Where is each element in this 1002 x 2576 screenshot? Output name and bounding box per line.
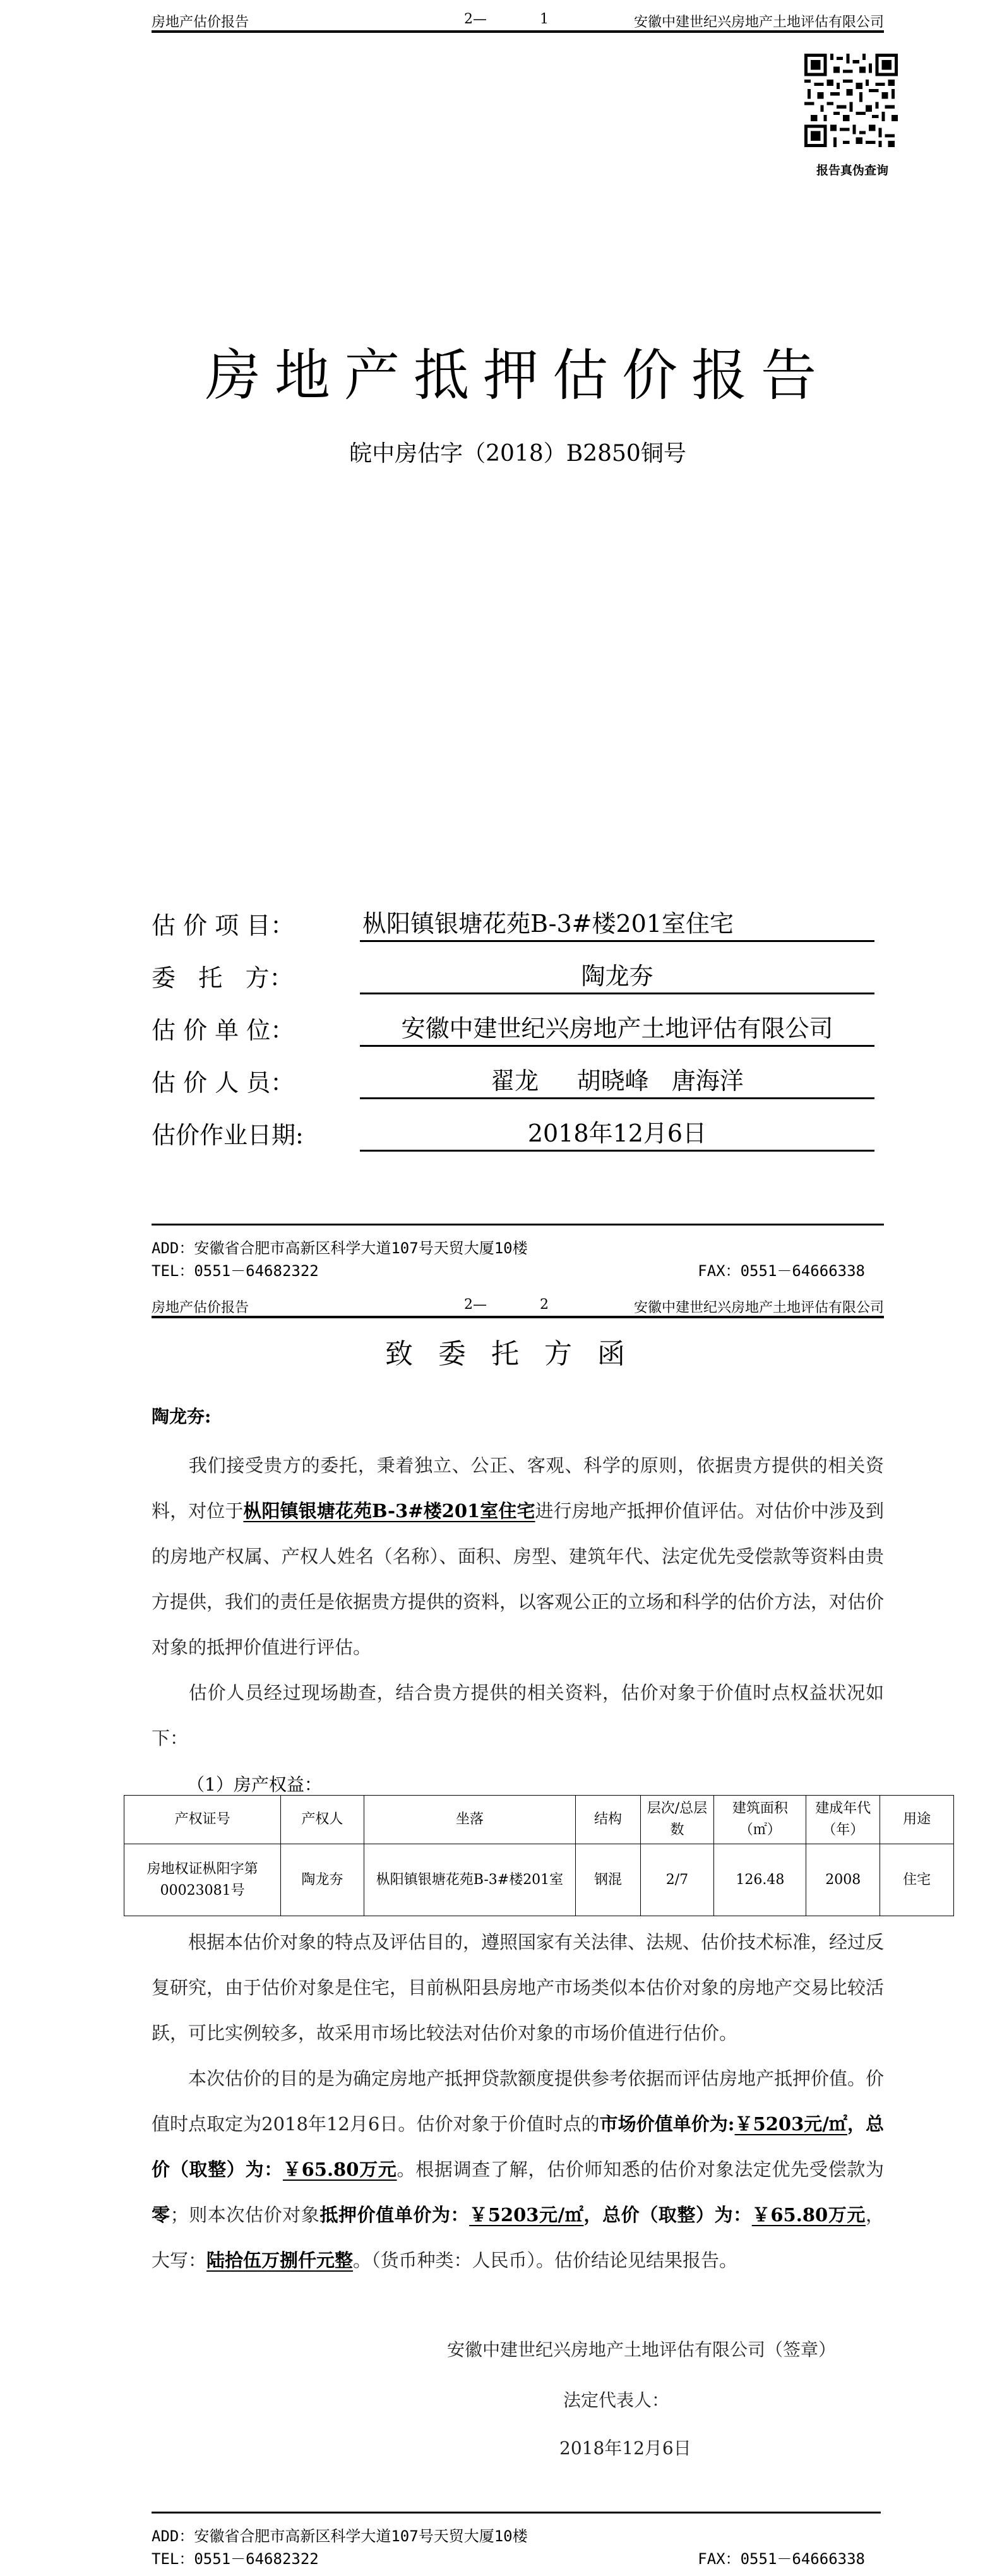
salutation: 陶龙夯: bbox=[152, 1403, 211, 1428]
table-row: 房地权证枞阳字第00023081号 陶龙夯 枞阳镇银塘花苑B-3#楼201室 钢… bbox=[124, 1844, 954, 1916]
field-client: 委 托 方： 陶龙夯 bbox=[152, 962, 884, 999]
signature-company: 安徽中建世纪兴房地产土地评估有限公司（签章） bbox=[447, 2336, 836, 2361]
footer-divider bbox=[152, 2512, 881, 2513]
col-header: 产权人 bbox=[281, 1796, 364, 1844]
field-value: 2018年12月6日 bbox=[360, 1114, 874, 1152]
footer-fax: FAX：0551－64666338 bbox=[698, 1258, 865, 1280]
qr-label: 报告真伪查询 bbox=[802, 161, 903, 178]
paragraph-intro: 我们接受贵方的委托，秉着独立、公正、客观、科学的原则，依据贵方提供的相关资料，对… bbox=[152, 1443, 884, 1670]
footer-fax: FAX：0551－64666338 bbox=[698, 2546, 865, 2568]
paragraph-conclusion: 本次估价的目的是为确定房地产抵押贷款额度提供参考依据而评估房地产抵押价值。价值时… bbox=[152, 2056, 884, 2283]
header-page-prefix: 2— bbox=[464, 1297, 487, 1313]
cell-cert-no: 房地权证枞阳字第00023081号 bbox=[124, 1844, 281, 1916]
field-value: 枞阳镇银塘花苑B-3#楼201室住宅 bbox=[360, 904, 874, 942]
section-subhead: （1）房产权益： bbox=[187, 1771, 322, 1796]
header-company: 安徽中建世纪兴房地产土地评估有限公司 bbox=[634, 1297, 884, 1316]
mortgage-total-price: ￥65.80万元 bbox=[752, 2204, 866, 2226]
header-doc-type: 房地产估价报告 bbox=[152, 11, 249, 31]
col-header: 结构 bbox=[576, 1796, 640, 1844]
field-appraisers: 估 价 人 员： 翟龙 胡晓峰 唐海洋 bbox=[152, 1066, 884, 1104]
cell-area: 126.48 bbox=[714, 1844, 806, 1916]
field-value: 翟龙 胡晓峰 唐海洋 bbox=[360, 1061, 874, 1099]
field-appraiser-unit: 估 价 单 位： 安徽中建世纪兴房地产土地评估有限公司 bbox=[152, 1014, 884, 1052]
letter-title: 致委托方函 bbox=[152, 1331, 884, 1371]
col-header: 坐落 bbox=[364, 1796, 576, 1844]
mortgage-unit-price: ￥5203元/㎡ bbox=[469, 2204, 583, 2226]
signature-date: 2018年12月6日 bbox=[559, 2435, 691, 2460]
field-work-date: 估价作业日期: 2018年12月6日 bbox=[152, 1119, 884, 1157]
market-total-price: ￥65.80万元 bbox=[283, 2159, 397, 2180]
page-header: 房地产估价报告 2— 2 安徽中建世纪兴房地产土地评估有限公司 bbox=[152, 1288, 884, 1318]
table-header-row: 产权证号 产权人 坐落 结构 层次/总层数 建筑面积（㎡） 建成年代（年） 用途 bbox=[124, 1796, 954, 1844]
report-number: 皖中房估字（2018）B2850铜号 bbox=[152, 436, 884, 468]
page-header: 房地产估价报告 2— 1 安徽中建世纪兴房地产土地评估有限公司 bbox=[152, 3, 884, 33]
cell-year: 2008 bbox=[806, 1844, 880, 1916]
page-footer-contact: ADD：安徽省合肥市高新区科学大道107号天贸大厦10楼 TEL：0551－64… bbox=[152, 1224, 884, 1281]
report-title: 房地产抵押估价报告 bbox=[152, 331, 884, 411]
field-project: 估 价 项 目： 枞阳镇银塘花苑B-3#楼201室住宅 bbox=[152, 909, 884, 947]
header-page-number: 1 bbox=[540, 11, 549, 27]
property-rights-table: 产权证号 产权人 坐落 结构 层次/总层数 建筑面积（㎡） 建成年代（年） 用途… bbox=[124, 1795, 954, 1916]
footer-address: ADD：安徽省合肥市高新区科学大道107号天贸大厦10楼 bbox=[152, 2527, 528, 2545]
cell-structure: 钢混 bbox=[576, 1844, 640, 1916]
col-header: 建筑面积（㎡） bbox=[714, 1796, 806, 1844]
signature-legal-rep: 法定代表人： bbox=[563, 2387, 669, 2412]
col-header: 层次/总层数 bbox=[640, 1796, 714, 1844]
qr-code-icon[interactable] bbox=[804, 54, 898, 147]
header-page-number: 2 bbox=[540, 1297, 549, 1313]
cell-location: 枞阳镇银塘花苑B-3#楼201室 bbox=[364, 1844, 576, 1916]
field-value: 陶龙夯 bbox=[360, 957, 874, 994]
market-unit-price: ￥5203元/㎡ bbox=[735, 2113, 847, 2135]
paragraph-method: 根据本估价对象的特点及评估目的，遵照国家有关法律、法规、估价技术标准，经过反复研… bbox=[152, 1919, 884, 2056]
header-page-prefix: 2— bbox=[464, 11, 487, 27]
col-header: 产权证号 bbox=[124, 1796, 281, 1844]
footer-tel: TEL：0551－64682322 bbox=[152, 1262, 319, 1280]
field-label: 委 托 方： bbox=[152, 958, 293, 993]
cell-owner: 陶龙夯 bbox=[281, 1844, 364, 1916]
page-footer-contact: ADD：安徽省合肥市高新区科学大道107号天贸大厦10楼 TEL：0551－64… bbox=[152, 2512, 884, 2569]
header-doc-type: 房地产估价报告 bbox=[152, 1297, 249, 1316]
paragraph-survey: 估价人员经过现场勘查，结合贵方提供的相关资料，估价对象于价值时点权益状况如下： bbox=[152, 1670, 884, 1761]
col-header: 建成年代（年） bbox=[806, 1796, 880, 1844]
field-value: 安徽中建世纪兴房地产土地评估有限公司 bbox=[360, 1009, 874, 1047]
header-company: 安徽中建世纪兴房地产土地评估有限公司 bbox=[634, 11, 884, 31]
footer-tel: TEL：0551－64682322 bbox=[152, 2550, 319, 2568]
col-header: 用途 bbox=[880, 1796, 954, 1844]
field-label: 估 价 单 位： bbox=[152, 1011, 294, 1046]
cell-use: 住宅 bbox=[880, 1844, 954, 1916]
property-address: 枞阳镇银塘花苑B-3#楼201室住宅 bbox=[243, 1500, 535, 1522]
field-label: 估价作业日期: bbox=[152, 1116, 304, 1150]
field-label: 估 价 人 员： bbox=[152, 1063, 294, 1098]
cell-floor: 2/7 bbox=[640, 1844, 714, 1916]
amount-in-words: 陆拾伍万捌仟元整 bbox=[206, 2250, 353, 2271]
field-label: 估 价 项 目： bbox=[152, 906, 294, 941]
footer-divider bbox=[152, 1224, 884, 1225]
footer-address: ADD：安徽省合肥市高新区科学大道107号天贸大厦10楼 bbox=[152, 1239, 528, 1257]
